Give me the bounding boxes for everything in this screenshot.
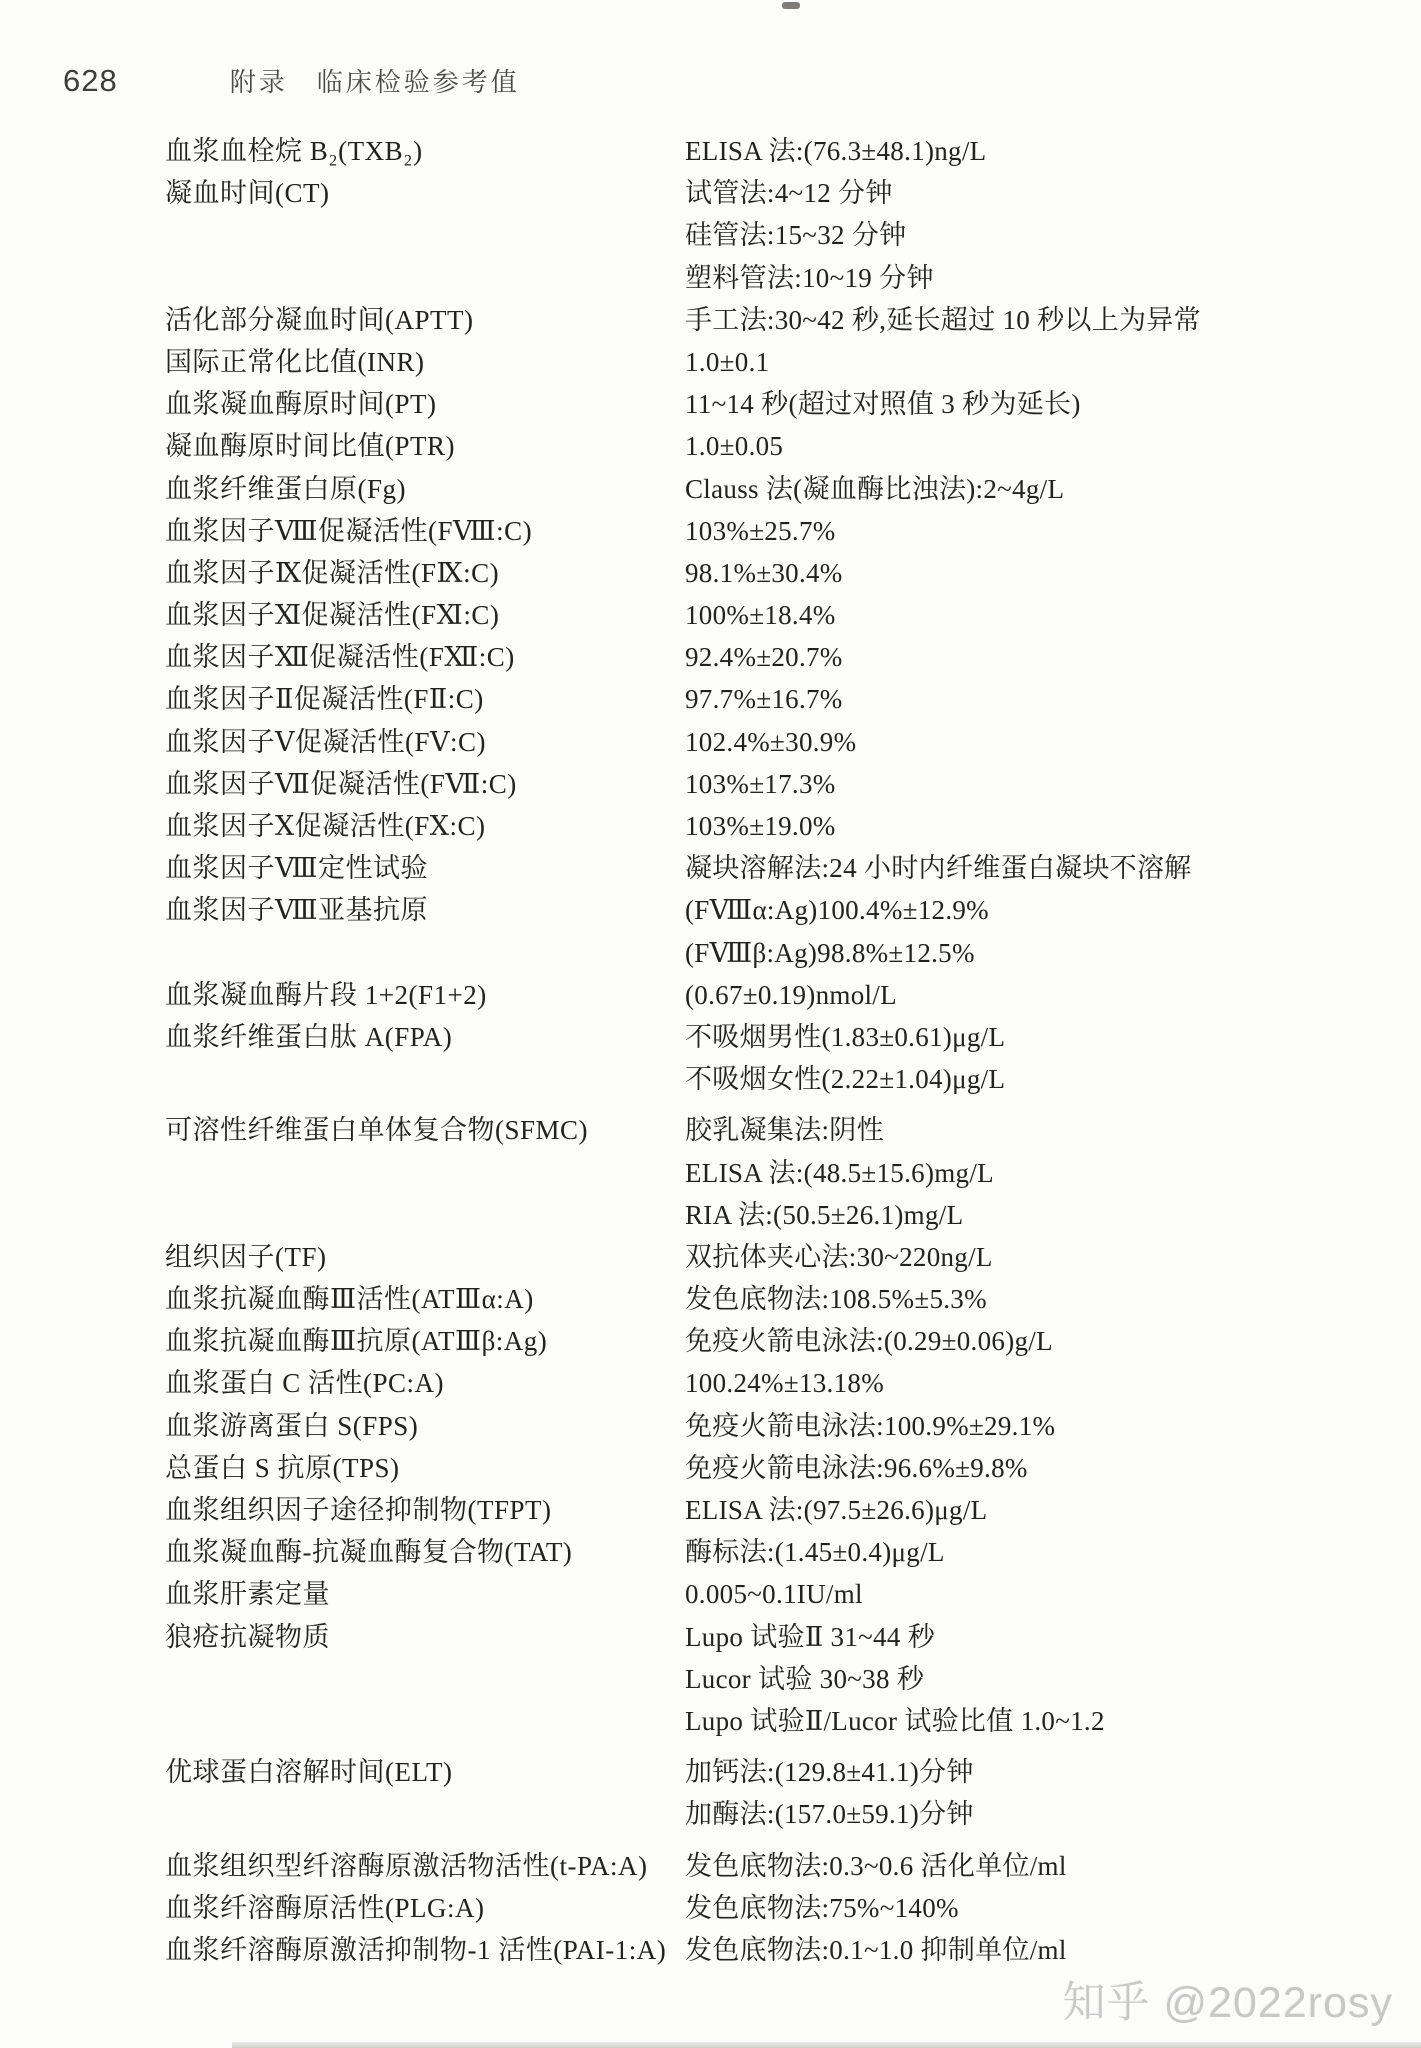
test-name: 血浆凝血酶原时间(PT) bbox=[165, 383, 685, 425]
test-name: 组织因子(TF) bbox=[165, 1236, 685, 1278]
table-row: 血浆纤维蛋白肽 A(FPA)不吸烟男性(1.83±0.61)μg/L bbox=[165, 1016, 1381, 1058]
test-value: Lupo 试验Ⅱ/Lucor 试验比值 1.0~1.2 bbox=[685, 1700, 1381, 1742]
test-value: 0.005~0.1IU/ml bbox=[685, 1573, 1381, 1615]
test-value: ELISA 法:(76.3±48.1)ng/L bbox=[685, 130, 1381, 172]
table-row: (FⅧβ:Ag)98.8%±12.5% bbox=[165, 932, 1381, 974]
test-value: 加酶法:(157.0±59.1)分钟 bbox=[685, 1793, 1381, 1835]
table-row: 血浆游离蛋白 S(FPS)免疫火箭电泳法:100.9%±29.1% bbox=[165, 1405, 1381, 1447]
reference-value-table: 血浆血栓烷 B₂(TXB₂)ELISA 法:(76.3±48.1)ng/L凝血时… bbox=[165, 130, 1381, 1971]
test-value: ELISA 法:(97.5±26.6)μg/L bbox=[685, 1489, 1381, 1531]
test-value: RIA 法:(50.5±26.1)mg/L bbox=[685, 1194, 1381, 1236]
test-name: 血浆因子Ⅱ促凝活性(FⅡ:C) bbox=[165, 678, 685, 720]
table-row: 可溶性纤维蛋白单体复合物(SFMC)胶乳凝集法:阴性 bbox=[165, 1109, 1381, 1151]
scan-artifact bbox=[782, 2, 800, 9]
test-value: Lupo 试验Ⅱ 31~44 秒 bbox=[685, 1616, 1381, 1658]
test-name: 血浆因子Ⅹ促凝活性(FⅩ:C) bbox=[165, 805, 685, 847]
table-row: 加酶法:(157.0±59.1)分钟 bbox=[165, 1793, 1381, 1835]
test-value: 试管法:4~12 分钟 bbox=[685, 172, 1381, 214]
table-row: 血浆因子Ⅷ促凝活性(FⅧ:C)103%±25.7% bbox=[165, 510, 1381, 552]
table-row: 活化部分凝血时间(APTT)手工法:30~42 秒,延长超过 10 秒以上为异常 bbox=[165, 299, 1381, 341]
table-row: 血浆因子Ⅺ促凝活性(FⅪ:C)100%±18.4% bbox=[165, 594, 1381, 636]
scan-edge bbox=[232, 2042, 1421, 2048]
table-row: 塑料管法:10~19 分钟 bbox=[165, 257, 1381, 299]
table-row: 血浆纤溶酶原活性(PLG:A)发色底物法:75%~140% bbox=[165, 1887, 1381, 1929]
scanned-book-page: 628 附录 临床检验参考值 血浆血栓烷 B₂(TXB₂)ELISA 法:(76… bbox=[0, 0, 1421, 2048]
test-name: 血浆组织型纤溶酶原激活物活性(t-PA:A) bbox=[165, 1845, 685, 1887]
test-name: 血浆纤溶酶原激活抑制物-1 活性(PAI-1:A) bbox=[165, 1929, 685, 1971]
table-row: 血浆肝素定量0.005~0.1IU/ml bbox=[165, 1573, 1381, 1615]
test-value: 92.4%±20.7% bbox=[685, 636, 1381, 678]
test-value: Lucor 试验 30~38 秒 bbox=[685, 1658, 1381, 1700]
table-row: 血浆组织型纤溶酶原激活物活性(t-PA:A)发色底物法:0.3~0.6 活化单位… bbox=[165, 1845, 1381, 1887]
test-value: 不吸烟男性(1.83±0.61)μg/L bbox=[685, 1016, 1381, 1058]
test-name: 活化部分凝血时间(APTT) bbox=[165, 299, 685, 341]
test-name: 血浆因子Ⅷ定性试验 bbox=[165, 847, 685, 889]
table-row: 血浆因子Ⅻ促凝活性(FⅫ:C)92.4%±20.7% bbox=[165, 636, 1381, 678]
test-value: ELISA 法:(48.5±15.6)mg/L bbox=[685, 1152, 1381, 1194]
test-value: 免疫火箭电泳法:(0.29±0.06)g/L bbox=[685, 1320, 1381, 1362]
test-value: Clauss 法(凝血酶比浊法):2~4g/L bbox=[685, 468, 1381, 510]
header-title: 附录 临床检验参考值 bbox=[230, 62, 520, 99]
test-value: 发色底物法:108.5%±5.3% bbox=[685, 1278, 1381, 1320]
test-value: 凝块溶解法:24 小时内纤维蛋白凝块不溶解 bbox=[685, 847, 1381, 889]
test-name: 血浆抗凝血酶Ⅲ活性(ATⅢα:A) bbox=[165, 1278, 685, 1320]
test-name: 狼疮抗凝物质 bbox=[165, 1616, 685, 1658]
table-row: 硅管法:15~32 分钟 bbox=[165, 214, 1381, 256]
test-value: (FⅧβ:Ag)98.8%±12.5% bbox=[685, 932, 1381, 974]
test-name: 血浆血栓烷 B₂(TXB₂) bbox=[165, 130, 685, 172]
test-value: 100.24%±13.18% bbox=[685, 1362, 1381, 1404]
test-name: 血浆因子Ⅷ促凝活性(FⅧ:C) bbox=[165, 510, 685, 552]
table-row: 血浆凝血酶片段 1+2(F1+2)(0.67±0.19)nmol/L bbox=[165, 974, 1381, 1016]
test-name: 血浆抗凝血酶Ⅲ抗原(ATⅢβ:Ag) bbox=[165, 1320, 685, 1362]
table-row: 血浆因子Ⅴ促凝活性(FⅤ:C)102.4%±30.9% bbox=[165, 721, 1381, 763]
test-value: 98.1%±30.4% bbox=[685, 552, 1381, 594]
table-row: 不吸烟女性(2.22±1.04)μg/L bbox=[165, 1058, 1381, 1100]
page-number: 628 bbox=[63, 63, 118, 99]
test-value: 免疫火箭电泳法:100.9%±29.1% bbox=[685, 1405, 1381, 1447]
test-value: 103%±25.7% bbox=[685, 510, 1381, 552]
table-row: 狼疮抗凝物质Lupo 试验Ⅱ 31~44 秒 bbox=[165, 1616, 1381, 1658]
test-name: 凝血酶原时间比值(PTR) bbox=[165, 425, 685, 467]
test-value: 发色底物法:0.1~1.0 抑制单位/ml bbox=[685, 1929, 1381, 1971]
table-row: 国际正常化比值(INR)1.0±0.1 bbox=[165, 341, 1381, 383]
test-name: 血浆纤维蛋白原(Fg) bbox=[165, 468, 685, 510]
table-row: 血浆因子Ⅱ促凝活性(FⅡ:C)97.7%±16.7% bbox=[165, 678, 1381, 720]
test-value: 100%±18.4% bbox=[685, 594, 1381, 636]
test-value: 酶标法:(1.45±0.4)μg/L bbox=[685, 1531, 1381, 1573]
table-row: 血浆抗凝血酶Ⅲ活性(ATⅢα:A)发色底物法:108.5%±5.3% bbox=[165, 1278, 1381, 1320]
table-row: 血浆组织因子途径抑制物(TFPT)ELISA 法:(97.5±26.6)μg/L bbox=[165, 1489, 1381, 1531]
page-header: 628 附录 临床检验参考值 bbox=[63, 62, 520, 99]
test-name: 可溶性纤维蛋白单体复合物(SFMC) bbox=[165, 1109, 685, 1151]
table-row: 优球蛋白溶解时间(ELT)加钙法:(129.8±41.1)分钟 bbox=[165, 1751, 1381, 1793]
table-row: 凝血时间(CT)试管法:4~12 分钟 bbox=[165, 172, 1381, 214]
test-value: 手工法:30~42 秒,延长超过 10 秒以上为异常 bbox=[685, 299, 1381, 341]
table-row: 血浆因子Ⅶ促凝活性(FⅦ:C)103%±17.3% bbox=[165, 763, 1381, 805]
table-row: 血浆纤溶酶原激活抑制物-1 活性(PAI-1:A)发色底物法:0.1~1.0 抑… bbox=[165, 1929, 1381, 1971]
test-value: 1.0±0.05 bbox=[685, 425, 1381, 467]
table-row: Lupo 试验Ⅱ/Lucor 试验比值 1.0~1.2 bbox=[165, 1700, 1381, 1742]
table-row: 凝血酶原时间比值(PTR)1.0±0.05 bbox=[165, 425, 1381, 467]
table-row: 总蛋白 S 抗原(TPS)免疫火箭电泳法:96.6%±9.8% bbox=[165, 1447, 1381, 1489]
test-value: (FⅧα:Ag)100.4%±12.9% bbox=[685, 889, 1381, 931]
test-value: 1.0±0.1 bbox=[685, 341, 1381, 383]
table-row: 血浆因子Ⅷ亚基抗原(FⅧα:Ag)100.4%±12.9% bbox=[165, 889, 1381, 931]
table-row: RIA 法:(50.5±26.1)mg/L bbox=[165, 1194, 1381, 1236]
test-name: 国际正常化比值(INR) bbox=[165, 341, 685, 383]
test-name: 血浆因子Ⅻ促凝活性(FⅫ:C) bbox=[165, 636, 685, 678]
test-value: 发色底物法:0.3~0.6 活化单位/ml bbox=[685, 1845, 1381, 1887]
watermark: 知乎 @2022rosy bbox=[1063, 1969, 1394, 2030]
test-value: 双抗体夹心法:30~220ng/L bbox=[685, 1236, 1381, 1278]
table-row: 血浆抗凝血酶Ⅲ抗原(ATⅢβ:Ag)免疫火箭电泳法:(0.29±0.06)g/L bbox=[165, 1320, 1381, 1362]
test-name: 血浆因子Ⅷ亚基抗原 bbox=[165, 889, 685, 931]
test-value: 103%±19.0% bbox=[685, 805, 1381, 847]
test-name: 凝血时间(CT) bbox=[165, 172, 685, 214]
table-row: 血浆因子Ⅹ促凝活性(FⅩ:C)103%±19.0% bbox=[165, 805, 1381, 847]
test-value: (0.67±0.19)nmol/L bbox=[685, 974, 1381, 1016]
table-row: Lucor 试验 30~38 秒 bbox=[165, 1658, 1381, 1700]
test-value: 103%±17.3% bbox=[685, 763, 1381, 805]
table-row: ELISA 法:(48.5±15.6)mg/L bbox=[165, 1152, 1381, 1194]
test-name: 血浆纤溶酶原活性(PLG:A) bbox=[165, 1887, 685, 1929]
table-row: 血浆凝血酶原时间(PT)11~14 秒(超过对照值 3 秒为延长) bbox=[165, 383, 1381, 425]
test-name: 血浆肝素定量 bbox=[165, 1573, 685, 1615]
test-value: 硅管法:15~32 分钟 bbox=[685, 214, 1381, 256]
test-value: 塑料管法:10~19 分钟 bbox=[685, 257, 1381, 299]
test-name: 血浆凝血酶-抗凝血酶复合物(TAT) bbox=[165, 1531, 685, 1573]
table-row: 血浆蛋白 C 活性(PC:A)100.24%±13.18% bbox=[165, 1362, 1381, 1404]
test-value: 免疫火箭电泳法:96.6%±9.8% bbox=[685, 1447, 1381, 1489]
test-value: 胶乳凝集法:阴性 bbox=[685, 1109, 1381, 1151]
table-row: 血浆凝血酶-抗凝血酶复合物(TAT)酶标法:(1.45±0.4)μg/L bbox=[165, 1531, 1381, 1573]
test-value: 不吸烟女性(2.22±1.04)μg/L bbox=[685, 1058, 1381, 1100]
test-value: 发色底物法:75%~140% bbox=[685, 1887, 1381, 1929]
table-row: 血浆血栓烷 B₂(TXB₂)ELISA 法:(76.3±48.1)ng/L bbox=[165, 130, 1381, 172]
test-name: 血浆组织因子途径抑制物(TFPT) bbox=[165, 1489, 685, 1531]
test-name: 优球蛋白溶解时间(ELT) bbox=[165, 1751, 685, 1793]
test-value: 97.7%±16.7% bbox=[685, 678, 1381, 720]
table-row: 血浆因子Ⅷ定性试验凝块溶解法:24 小时内纤维蛋白凝块不溶解 bbox=[165, 847, 1381, 889]
test-value: 加钙法:(129.8±41.1)分钟 bbox=[685, 1751, 1381, 1793]
test-value: 102.4%±30.9% bbox=[685, 721, 1381, 763]
table-row: 组织因子(TF)双抗体夹心法:30~220ng/L bbox=[165, 1236, 1381, 1278]
test-name: 血浆蛋白 C 活性(PC:A) bbox=[165, 1362, 685, 1404]
table-row: 血浆因子Ⅸ促凝活性(FⅨ:C)98.1%±30.4% bbox=[165, 552, 1381, 594]
test-name: 血浆因子Ⅶ促凝活性(FⅦ:C) bbox=[165, 763, 685, 805]
test-value: 11~14 秒(超过对照值 3 秒为延长) bbox=[685, 383, 1381, 425]
test-name: 血浆因子Ⅸ促凝活性(FⅨ:C) bbox=[165, 552, 685, 594]
test-name: 血浆因子Ⅺ促凝活性(FⅪ:C) bbox=[165, 594, 685, 636]
test-name: 血浆游离蛋白 S(FPS) bbox=[165, 1405, 685, 1447]
test-name: 血浆纤维蛋白肽 A(FPA) bbox=[165, 1016, 685, 1058]
test-name: 血浆因子Ⅴ促凝活性(FⅤ:C) bbox=[165, 721, 685, 763]
test-name: 总蛋白 S 抗原(TPS) bbox=[165, 1447, 685, 1489]
test-name: 血浆凝血酶片段 1+2(F1+2) bbox=[165, 974, 685, 1016]
table-row: 血浆纤维蛋白原(Fg)Clauss 法(凝血酶比浊法):2~4g/L bbox=[165, 468, 1381, 510]
